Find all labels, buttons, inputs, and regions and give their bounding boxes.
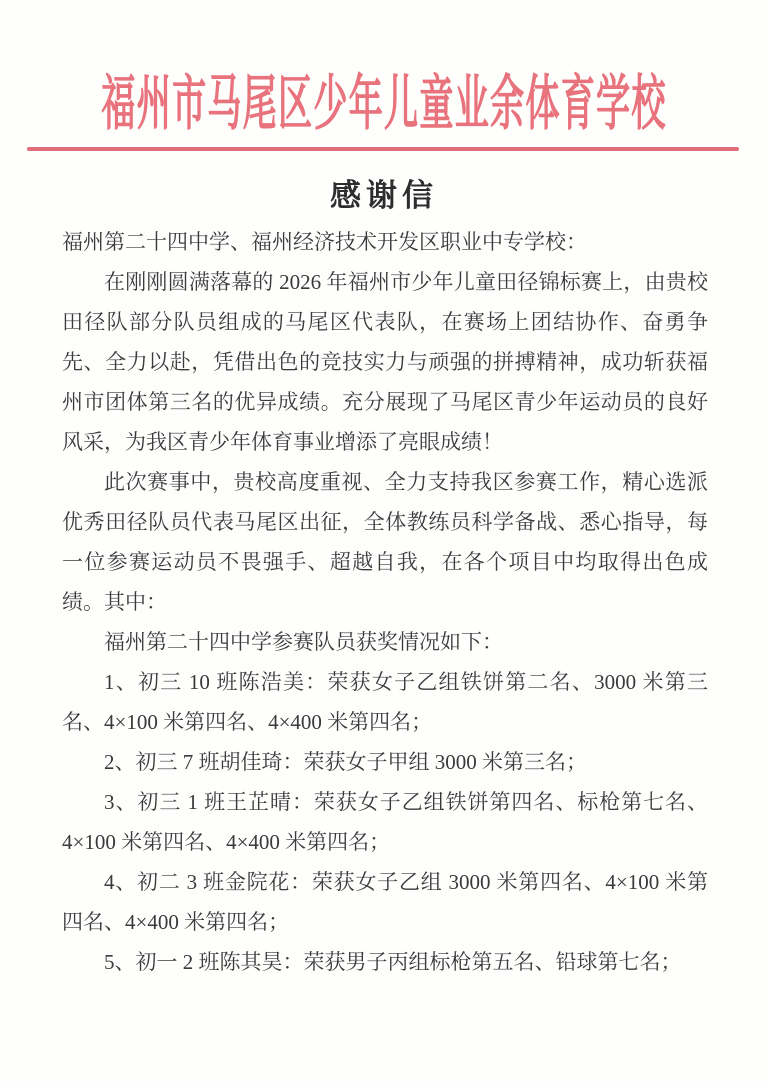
- award-item-1: 1、初三 10 班陈浩美：荣获女子乙组铁饼第二名、3000 米第三名、4×100…: [62, 662, 708, 742]
- salutation-line: 福州第二十四中学、福州经济技术开发区职业中专学校：: [62, 222, 708, 262]
- award-item-2: 2、初三 7 班胡佳琦：荣获女子甲组 3000 米第三名；: [62, 742, 708, 782]
- paragraph-praise: 此次赛事中，贵校高度重视、全力支持我区参赛工作，精心选派优秀田径队员代表马尾区出…: [62, 462, 708, 622]
- letter-body: 福州第二十四中学、福州经济技术开发区职业中专学校： 在刚刚圆满落幕的 2026 …: [62, 222, 708, 982]
- letter-page: 福州市马尾区少年儿童业余体育学校 感谢信 福州第二十四中学、福州经济技术开发区职…: [0, 0, 768, 1086]
- letter-title: 感谢信: [0, 170, 768, 215]
- award-item-5: 5、初一 2 班陈其昊：荣获男子丙组标枪第五名、铅球第七名；: [62, 942, 708, 982]
- letterhead: 福州市马尾区少年儿童业余体育学校: [0, 56, 768, 142]
- letterhead-school-name: 福州市马尾区少年儿童业余体育学校: [101, 56, 666, 142]
- paragraph-awards-intro: 福州第二十四中学参赛队员获奖情况如下：: [62, 622, 708, 662]
- award-item-4: 4、初二 3 班金院花：荣获女子乙组 3000 米第四名、4×100 米第四名、…: [62, 862, 708, 942]
- letterhead-divider-rule: [27, 147, 739, 151]
- award-item-3: 3、初三 1 班王芷晴：荣获女子乙组铁饼第四名、标枪第七名、4×100 米第四名…: [62, 782, 708, 862]
- paragraph-opening: 在刚刚圆满落幕的 2026 年福州市少年儿童田径锦标赛上，由贵校田径队部分队员组…: [62, 262, 708, 462]
